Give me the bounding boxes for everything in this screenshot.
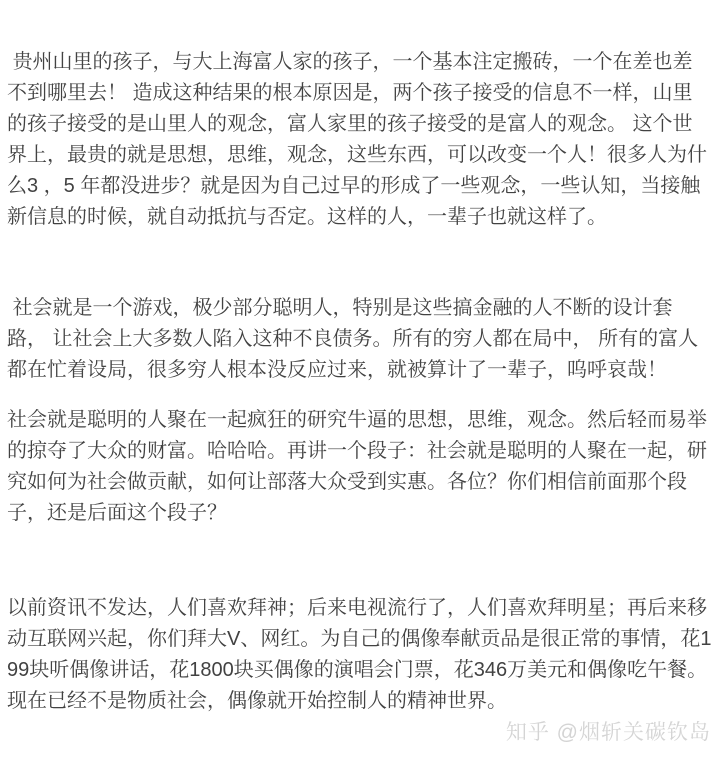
watermark-brand-label: 知乎 — [506, 721, 550, 744]
article-paragraph: 贵州山里的孩子，与大上海富人家的孩子，一个基本注定搬砖，一个在差也差不到哪里去！… — [7, 47, 712, 233]
article-paragraph: 社会就是一个游戏，极少部分聪明人，特别是这些搞金融的人不断的设计套路， 让社会上… — [7, 293, 712, 386]
article-paragraph: 社会就是聪明的人聚在一起疯狂的研究牛逼的思想，思维，观念。然后轻而易举的掠夺了大… — [7, 405, 712, 529]
watermark-username: @烟斩关碳钦岛 — [557, 721, 711, 744]
watermark-separator — [550, 721, 557, 744]
article-body: 贵州山里的孩子，与大上海富人家的孩子，一个基本注定搬砖，一个在差也差不到哪里去！… — [0, 0, 720, 717]
watermark: 知乎 @烟斩关碳钦岛 — [506, 719, 711, 747]
article-paragraph: 以前资讯不发达，人们喜欢拜神；后来电视流行了，人们喜欢拜明星；再后来移动互联网兴… — [7, 593, 712, 717]
